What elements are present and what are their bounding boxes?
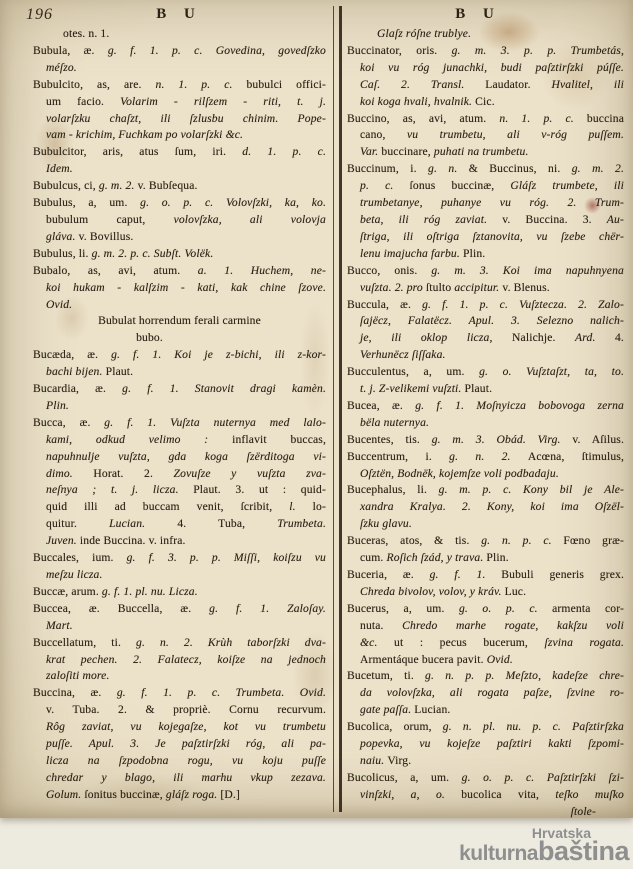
text-line: Buccinator, oris. g. m. 3. p. p. Trumbet… — [347, 43, 624, 60]
text-line: krat pechen. 2. Falatecz, koiſze na jedn… — [33, 652, 326, 669]
text-line: Bubulcitor, aris, atus ſum, iri. d. 1. p… — [33, 144, 326, 161]
text-line: Buccinum, i. g. n. & Buccinus, ni. g. m.… — [347, 161, 624, 178]
text-line: gate paſſa. Lucian. — [347, 702, 624, 719]
text-line: Var. buccinare, puhati na trumbetu. — [347, 144, 624, 161]
text-line: cano, vu trumbetu, ali v-róg puſſem. — [347, 127, 624, 144]
text-line: beta, ili róg zaviat. v. Buccina. 3. Au- — [347, 212, 624, 229]
text-line: Oſztën, Bodnëk, kojemſze voli podbadaju. — [347, 466, 624, 483]
text-line: Buccino, as, avi, atum. n. 1. p. c. bucc… — [347, 111, 624, 128]
text-line: napuhnulje vuſzta, gda koga ſzërditoga v… — [33, 449, 326, 466]
text-line: Bubulus, a, um. g. o. p. c. Volovſzki, k… — [33, 195, 326, 212]
text-line: popevka, vu kojeſze paſztiri kakti ſzpom… — [347, 736, 624, 753]
text-line: &c. ut : pecus bucerum, ſzvina rogata. — [347, 635, 624, 652]
text-line: Verhunëcz ſiſſaka. — [347, 347, 624, 364]
text-line: Bucculentus, a, um. g. o. Vuſztaſzt, ta,… — [347, 364, 624, 381]
text-line: vuſzta. 2. pro ſtulto accipitur. v. Blen… — [347, 280, 624, 297]
text-line: bëla nuternya. — [347, 415, 624, 432]
text-line: ſzku glavu. — [347, 516, 624, 533]
book-page-scan: 196 B U B U otes. n. 1.Bubula, æ. g. f. … — [0, 0, 633, 818]
text-line: Bucentes, tis. g. m. 3. Obád. Virg. v. A… — [347, 432, 624, 449]
text-line: bubo. — [33, 330, 326, 347]
text-line: gláva. v. Bovillus. — [33, 229, 326, 246]
text-line: zaloſiti more. — [33, 668, 326, 685]
text-line: puſſe. Apul. 3. Je paſztirſzki róg, ali … — [33, 736, 326, 753]
text-line: Mart. — [33, 618, 326, 635]
text-line: vam - krichim, Fuchkam po volarſzki &c. — [33, 127, 326, 144]
text-line: bubulum caput, volovſzka, ali volovja — [33, 212, 326, 229]
text-line: Juven. inde Buccina. v. infra. — [33, 533, 326, 550]
text-line: otes. n. 1. — [33, 26, 326, 43]
text-line: Buccæ, arum. g. f. 1. pl. nu. Licza. — [33, 584, 326, 601]
watermark: Hrvatska kulturnabaština — [459, 826, 629, 865]
text-line: bachi bijen. Plaut. — [33, 364, 326, 381]
text-line: Bubulcus, ci, g. m. 2. v. Bubſequa. — [33, 178, 326, 195]
text-line: Chreda bivolov, volov, y kráv. Luc. — [347, 584, 624, 601]
text-line: Bubulus, li. g. m. 2. p. c. Subſt. Volëk… — [33, 246, 326, 263]
text-line: neſnya ; t. j. licza. Plaut. 3. ut : qui… — [33, 482, 326, 499]
text-line: Buccula, æ. g. f. 1. p. c. Vuſztecza. 2.… — [347, 297, 624, 314]
text-line: Rôg zaviat, vu kojegaſze, kot vu trumbet… — [33, 719, 326, 736]
text-line: nuta. Chredo marhe rogate, kakſzu voli — [347, 618, 624, 635]
text-line: vinſzki, a, o. bucolica vita, teſko muſk… — [347, 787, 624, 804]
text-line: Bubalo, as, avi, atum. a. 1. Huchem, ne- — [33, 263, 326, 280]
text-line: Bucca, æ. g. f. 1. Vuſzta nuternya med l… — [33, 415, 326, 432]
text-line: kami, odkud velimo : inflavit buccas, — [33, 432, 326, 449]
text-line: Bucetum, ti. g. n. p. p. Meſzto, kadeſze… — [347, 668, 624, 685]
text-line: Golum. ſonitus buccinæ, gláſz roga. [D.] — [33, 787, 326, 804]
text-line: Caſ. 2. Transl. Laudator. Hvalitel, ili — [347, 77, 624, 94]
text-line: p. c. ſonus buccinæ, Gláſz trumbete, ili — [347, 178, 624, 195]
text-line: Idem. — [33, 161, 326, 178]
text-line: koi vu róg junachki, budi paſztirſzki pú… — [347, 60, 624, 77]
column-divider-rule — [333, 6, 342, 812]
text-line: Buccina, æ. g. f. 1. p. c. Trumbeta. Ovi… — [33, 685, 326, 702]
text-line: lenu imajucha farbu. Plin. — [347, 246, 624, 263]
running-header-left: B U — [33, 6, 325, 23]
watermark-line2: kulturnabaština — [459, 838, 629, 865]
text-line: Armentáque bucera pavit. Ovid. — [347, 652, 624, 669]
text-line: trumbetanye, puhanye vu róg. 2. Trum- — [347, 195, 624, 212]
text-line: ſtriga, ili oſtriga ſztanovita, vu ſzebe… — [347, 229, 624, 246]
right-column: Glaſz róſne trublye.Buccinator, oris. g.… — [347, 26, 624, 821]
text-line: naiu. Virg. — [347, 753, 624, 770]
text-line: Glaſz róſne trublye. — [347, 26, 624, 43]
text-line: v. Tuba. 2. & propriè. Cornu recurvum. — [33, 702, 326, 719]
text-line: Buccales, ium. g. f. 3. p. p. Miſſi, koi… — [33, 550, 326, 567]
watermark-line2-part2: baština — [538, 836, 629, 866]
text-line: Bucardia, æ. g. f. 1. Stanovit dragi kam… — [33, 381, 326, 398]
text-line: ſajëcz, Falatëcz. Apul. 3. Selezno nalic… — [347, 313, 624, 330]
text-line: Bucea, æ. g. f. 1. Moſnyicza bobovoga ze… — [347, 398, 624, 415]
running-header-right: B U — [347, 6, 609, 23]
text-line: da volovſzka, ali rogata paſze, ſzvine r… — [347, 685, 624, 702]
text-line: t. j. Z-velikemi vuſzti. Plaut. — [347, 381, 624, 398]
text-line: ſtole- — [347, 804, 624, 821]
text-line: chredar y blago, ili marhu vkup zezava. — [33, 770, 326, 787]
text-line: koi hukam - kalſzim - kati, kak chine ſz… — [33, 280, 326, 297]
text-line: Buccellatum, ti. g. n. 2. Krùh taborſzki… — [33, 635, 326, 652]
watermark-line2-part1: kulturna — [459, 842, 538, 865]
text-line: Bucephalus, li. g. m. p. c. Kony bil je … — [347, 482, 624, 499]
text-line: Bucco, onis. g. m. 3. Koi ima napuhnyena — [347, 263, 624, 280]
text-line: quitur. Lucian. 4. Tuba, Trumbeta. — [33, 516, 326, 533]
text-line: cum. Roſich ſzád, y trava. Plin. — [347, 550, 624, 567]
text-line: Bubulat horrendum ferali carmine — [33, 313, 326, 330]
text-line: Bubula, æ. g. f. 1. p. c. Govedina, gove… — [33, 43, 326, 60]
text-line: quid illi ad buccam venit, ſcribit, l. l… — [33, 499, 326, 516]
text-line: Buccentrum, i. g. n. 2. Acœna, ſtimulus, — [347, 449, 624, 466]
text-line: méſzo. — [33, 60, 326, 77]
text-line: je, ili oklop licza, Nalichje. Ard. 4. — [347, 330, 624, 347]
text-line: Plin. — [33, 398, 326, 415]
text-line: Bucolica, orum, g. n. pl. nu. p. c. Paſz… — [347, 719, 624, 736]
text-line: Bucolicus, a, um. g. o. p. c. Paſztirſzk… — [347, 770, 624, 787]
left-column: otes. n. 1.Bubula, æ. g. f. 1. p. c. Gov… — [33, 26, 326, 804]
text-line: dimo. Horat. 2. Zovuſze y vuſzta zva- — [33, 466, 326, 483]
text-line: koi koga hvali, hvalnik. Cic. — [347, 94, 624, 111]
text-line: Buccea, æ. Buccella, æ. g. f. 1. Zaloſay… — [33, 601, 326, 618]
text-line: Bucæda, æ. g. f. 1. Koi je z-bichi, ili … — [33, 347, 326, 364]
text-line: Ovid. — [33, 297, 326, 314]
text-line: xandra Kralya. 2. Kony, koi ima Oſzël- — [347, 499, 624, 516]
text-line: Bubulcito, as, are. n. 1. p. c. bubulci … — [33, 77, 326, 94]
text-line: Buceria, æ. g. f. 1. Bubuli generis grex… — [347, 567, 624, 584]
text-line: um facio. Volarim - rilſzem - riti, t. j… — [33, 94, 326, 111]
text-line: volarſzku chaſzt, ili ſzlusbu chinim. Po… — [33, 111, 326, 128]
text-line: Buceras, atos, & tis. g. n. p. c. Fœno g… — [347, 533, 624, 550]
text-line: Bucerus, a, um. g. o. p. c. armenta cor- — [347, 601, 624, 618]
text-line: licza na ſzpodobna rogu, vu koju puſſe — [33, 753, 326, 770]
text-line: meſzu licza. — [33, 567, 326, 584]
